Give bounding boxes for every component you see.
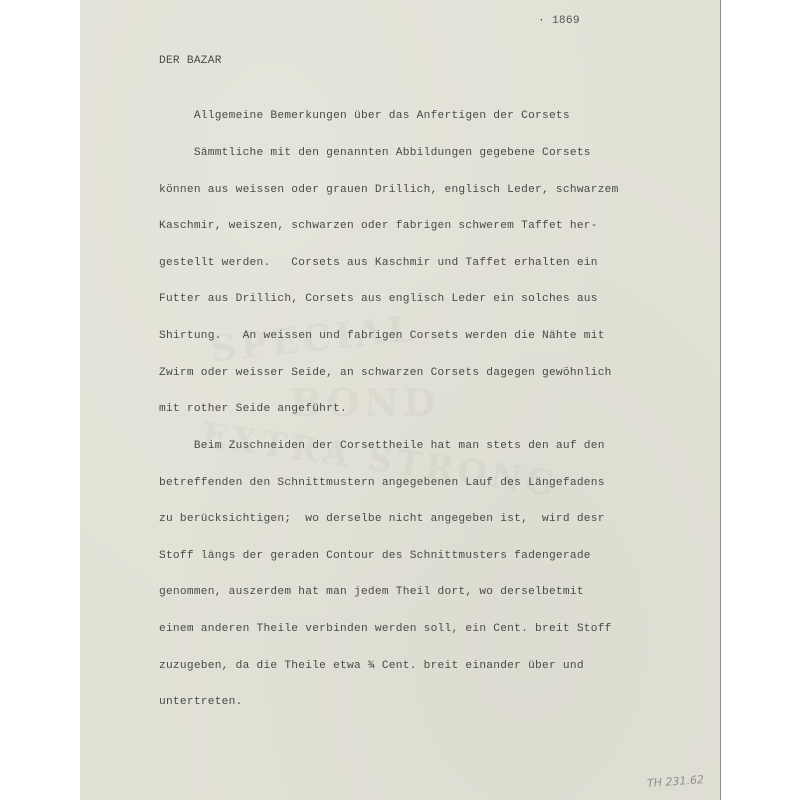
text-line: einem anderen Theile verbinden werden so… [159,623,619,635]
text-line: untertreten. [159,696,619,708]
text-line: Zwirm oder weisser Seide, an schwarzen C… [159,367,619,379]
text-line: Beim Zuschneiden der Corsettheile hat ma… [159,440,619,452]
text-line: zu berücksichtigen; wo derselbe nicht an… [159,513,619,525]
text-line: Shirtung. An weissen und fabrigen Corset… [159,330,619,342]
year-value: 1869 [552,15,580,27]
text-line: betreffenden den Schnittmustern angegebe… [159,477,619,489]
text-line: genommen, auszerdem hat man jedem Theil … [159,586,619,598]
text-line: Sämmtliche mit den genannten Abbildungen… [159,147,619,159]
text-line: Futter aus Drillich, Corsets aus englisc… [159,293,619,305]
page-year: · 1869 [538,15,580,27]
archive-handwritten-mark: TH 231.62 [647,773,705,790]
document-body: Allgemeine Bemerkungen über das Anfertig… [159,86,619,733]
text-line: zuzugeben, da die Theile etwa ¾ Cent. br… [159,660,619,672]
text-line: Kaschmir, weiszen, schwarzen oder fabrig… [159,220,619,232]
text-line: können aus weissen oder grauen Drillich,… [159,184,619,196]
document-page: SPECIAL BOND EXTRA STRONG · 1869 DER BAZ… [80,0,721,800]
text-line: Stoff längs der geraden Contour des Schn… [159,550,619,562]
text-line: mit rother Seide angeführt. [159,403,619,415]
document-heading: DER BAZAR [159,55,222,67]
text-line: Allgemeine Bemerkungen über das Anfertig… [159,110,619,122]
text-line: gestellt werden. Corsets aus Kaschmir un… [159,257,619,269]
